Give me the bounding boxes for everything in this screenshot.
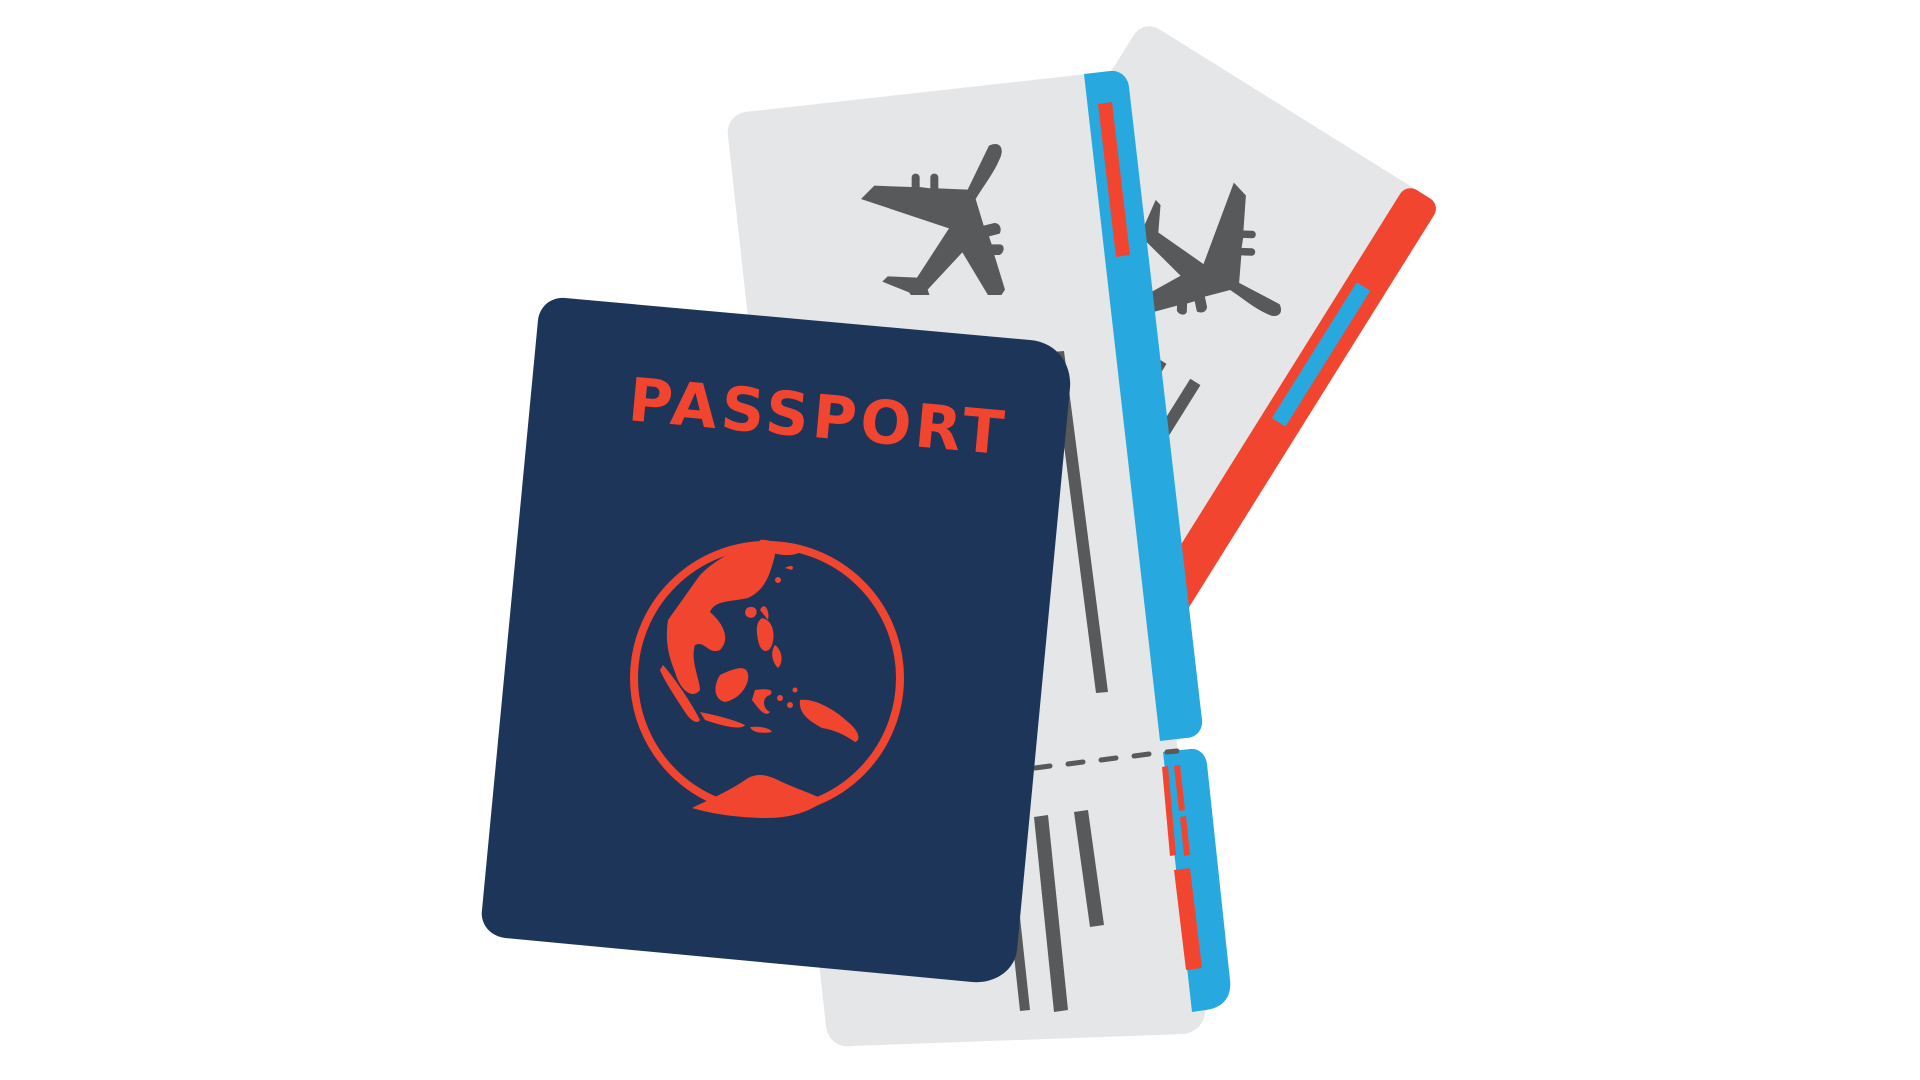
travel-documents-illustration: PASSPORT <box>0 0 1920 1080</box>
passport: PASSPORT <box>482 298 1070 982</box>
